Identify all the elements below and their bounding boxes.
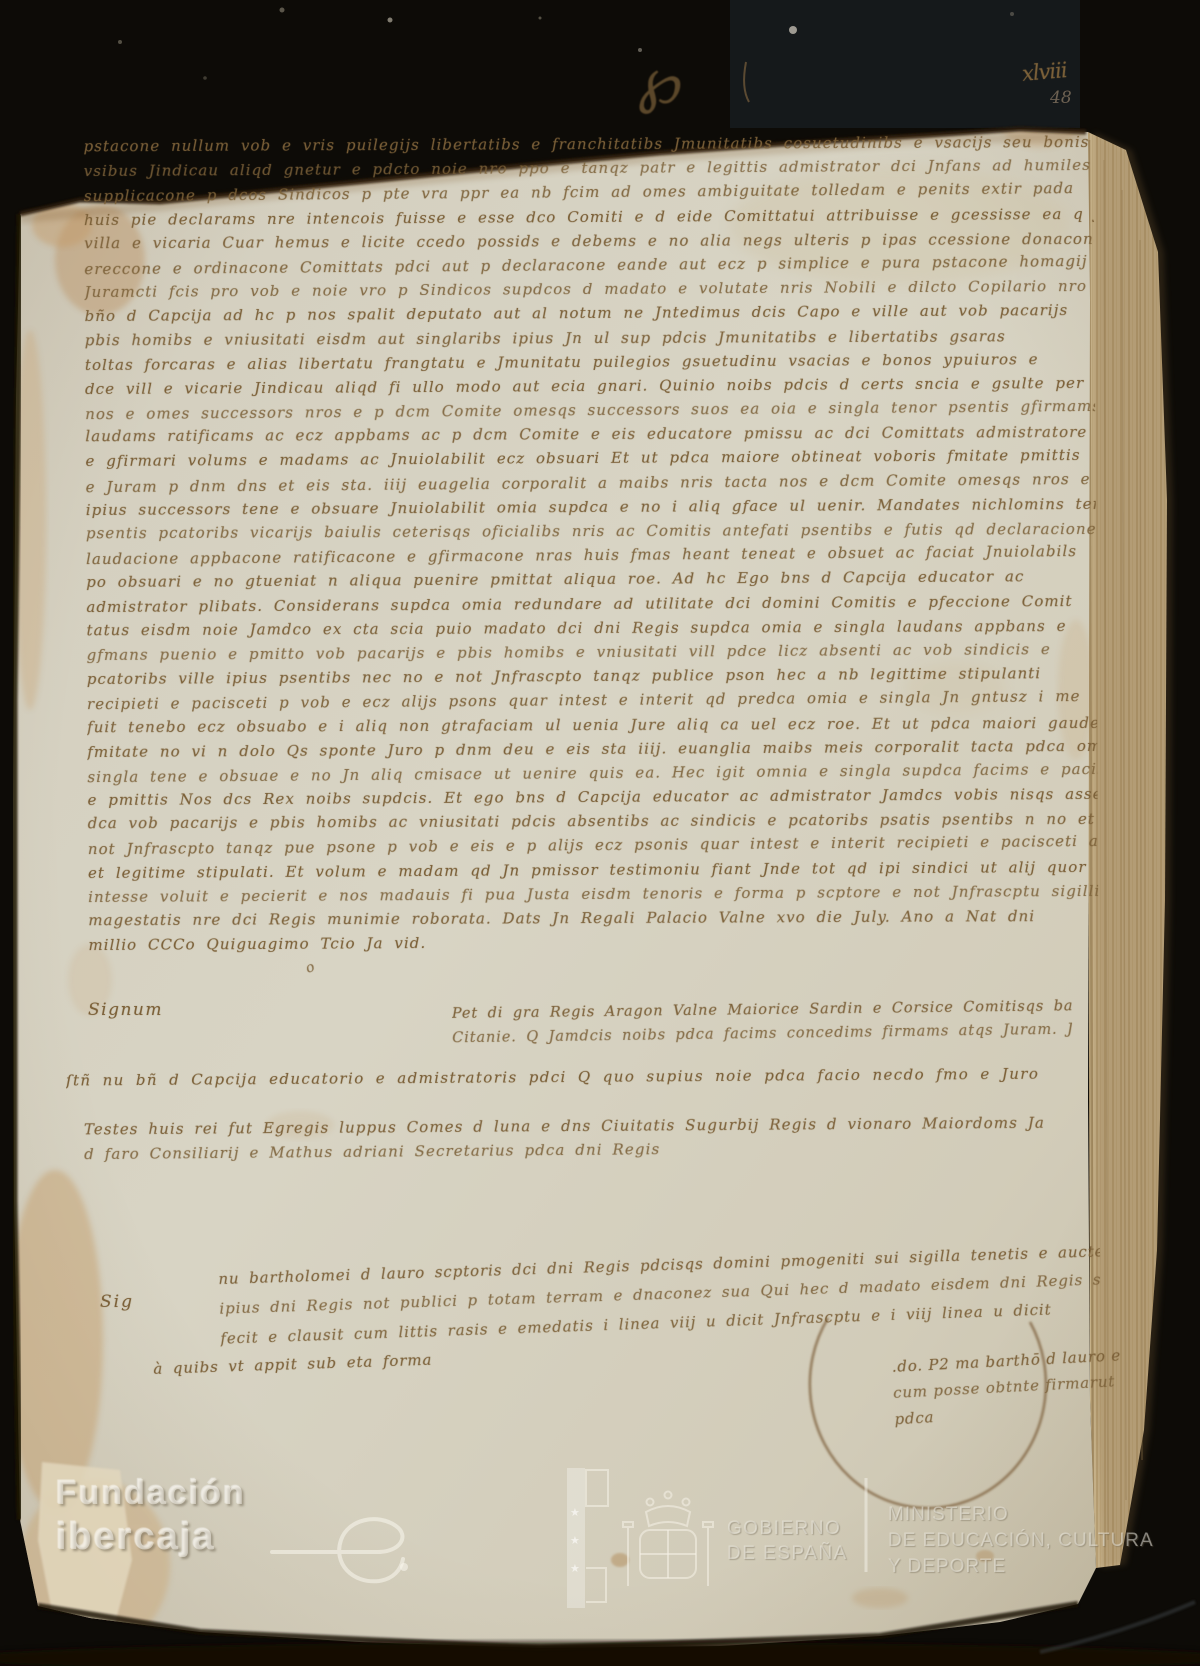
circle-note-text: .do. P2 ma barthō d lauro ecum posse obt… bbox=[891, 1342, 1124, 1432]
body-text: pstacone nullum vob e vris puilegijs lib… bbox=[83, 129, 1098, 958]
sig-label: Sig bbox=[100, 1292, 134, 1312]
body-line: magestatis nre dci Regis munimie roborat… bbox=[88, 904, 1098, 933]
folio-number: 48 bbox=[1050, 88, 1072, 108]
svg-text:★: ★ bbox=[570, 1507, 580, 1519]
ministerio-line2: DE EDUCACIÓN, CULTURA bbox=[888, 1528, 1154, 1554]
svg-text:★: ★ bbox=[570, 1563, 580, 1575]
body-line: pbis homibs e vniusitati eisdm aut singl… bbox=[85, 323, 1095, 352]
witness-text: Testes huis rei fut Egregis luppus Comes… bbox=[84, 1108, 1044, 1165]
signum-text: Pet di gra Regis Aragon Valne Maiorice S… bbox=[452, 992, 1073, 1049]
body-line: laudams ratificams ac ecz appbams ac p d… bbox=[85, 420, 1095, 449]
fundacion-wordmark: Fundación bbox=[56, 1476, 246, 1510]
watermark-fundacion-ibercaja: Fundación ibercaja bbox=[56, 1476, 246, 1556]
photo-backdrop: ★ ★ ★ ℘ bbox=[0, 0, 1200, 1666]
gobierno-line2: DE ESPAÑA bbox=[727, 1541, 848, 1566]
ministerio-line3: Y DEPORTE bbox=[888, 1554, 1154, 1580]
watermark-ministerio: MINISTERIO DE EDUCACIÓN, CULTURA Y DEPOR… bbox=[888, 1502, 1154, 1580]
ibercaja-wordmark: ibercaja bbox=[56, 1518, 246, 1556]
gobierno-line1: GOBIERNO bbox=[727, 1516, 848, 1541]
backdrop-specks bbox=[118, 0, 1080, 128]
signum-label: Signum bbox=[88, 1000, 163, 1020]
watermark-gobierno: GOBIERNO DE ESPAÑA bbox=[727, 1516, 848, 1566]
ministerio-line1: MINISTERIO bbox=[888, 1502, 1154, 1528]
body-line: fuit tenebo ecz obsuabo e i aliq non gtr… bbox=[87, 710, 1097, 739]
folio-script: xlviii bbox=[1021, 58, 1068, 86]
svg-text:★: ★ bbox=[570, 1535, 580, 1547]
